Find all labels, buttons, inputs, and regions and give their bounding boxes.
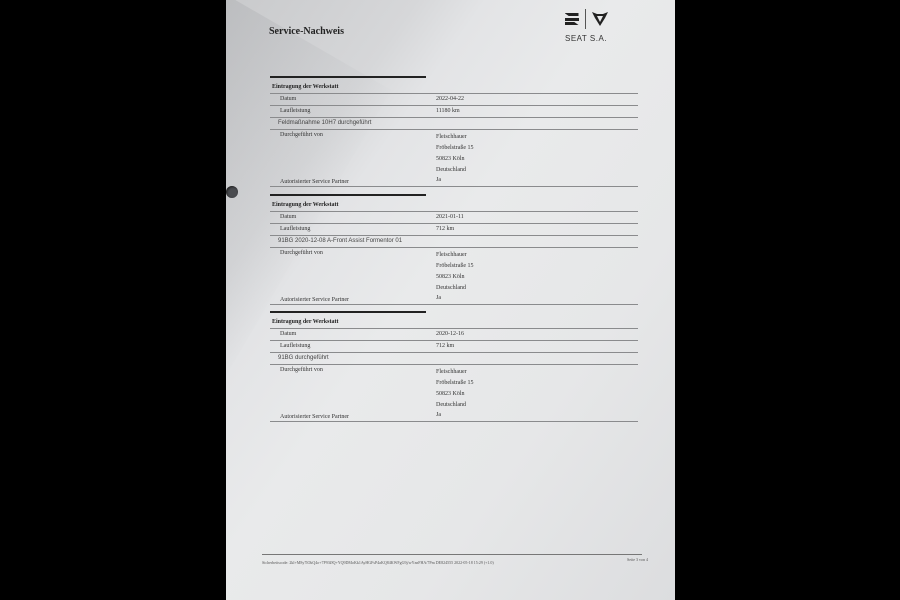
service-note: 91BG 2020-12-08 A-Front Assist Formentor… — [278, 236, 402, 247]
partner-value: Ja — [436, 295, 441, 301]
logo-divider — [585, 9, 586, 29]
cupra-logo-icon — [592, 12, 608, 26]
workshop-entry: Eintragung der Werkstatt Datum2021-01-11… — [270, 194, 638, 305]
laufleistung-value: 712 km — [436, 224, 454, 235]
security-code: Sicherheitscode: 2kl+M8y7lOkQ4o+7P93ØQ+Y… — [262, 560, 494, 565]
entry-header: Eintragung der Werkstatt — [272, 317, 338, 328]
laufleistung-value: 11180 km — [436, 106, 460, 117]
durchgefuehrt-label: Durchgeführt von — [280, 250, 323, 256]
datum-value: 2020-12-16 — [436, 329, 464, 340]
partner-label: Autorisierter Service Partner — [280, 179, 349, 185]
service-note: Feldmaßnahme 10H7 durchgeführt — [278, 118, 371, 129]
partner-value: Ja — [436, 412, 441, 418]
document-page: Service-Nachweis SEAT S.A. Eintragung de… — [226, 0, 675, 600]
partner-label: Autorisierter Service Partner — [280, 297, 349, 303]
datum-value: 2022-04-22 — [436, 94, 464, 105]
punch-hole — [226, 186, 238, 198]
datum-label: Datum — [280, 329, 296, 340]
laufleistung-label: Laufleistung — [280, 224, 310, 235]
datum-value: 2021-01-11 — [436, 212, 464, 223]
entry-header: Eintragung der Werkstatt — [272, 200, 338, 211]
service-note: 91BG durchgeführt — [278, 353, 329, 364]
laufleistung-label: Laufleistung — [280, 341, 310, 352]
partner-label: Autorisierter Service Partner — [280, 414, 349, 420]
entry-header: Eintragung der Werkstatt — [272, 82, 338, 93]
laufleistung-value: 712 km — [436, 341, 454, 352]
workshop-address: Fleischhauer Fröbelstraße 15 50823 Köln … — [436, 132, 474, 176]
datum-label: Datum — [280, 94, 296, 105]
document-footer: Sicherheitscode: 2kl+M8y7lOkQ4o+7P93ØQ+Y… — [262, 554, 642, 559]
document-title: Service-Nachweis — [269, 26, 344, 37]
workshop-address: Fleischhauer Fröbelstraße 15 50823 Köln … — [436, 250, 474, 294]
laufleistung-label: Laufleistung — [280, 106, 310, 117]
datum-label: Datum — [280, 212, 296, 223]
brand-name: SEAT S.A. — [551, 34, 621, 43]
workshop-entry: Eintragung der Werkstatt Datum2020-12-16… — [270, 311, 638, 422]
brand-block: SEAT S.A. — [551, 8, 621, 43]
workshop-address: Fleischhauer Fröbelstraße 15 50823 Köln … — [436, 367, 474, 411]
partner-value: Ja — [436, 177, 441, 183]
page-number: Seite 3 von 4 — [627, 557, 648, 562]
seat-logo-icon — [565, 13, 579, 25]
durchgefuehrt-label: Durchgeführt von — [280, 367, 323, 373]
durchgefuehrt-label: Durchgeführt von — [280, 132, 323, 138]
workshop-entry: Eintragung der Werkstatt Datum2022-04-22… — [270, 76, 638, 187]
